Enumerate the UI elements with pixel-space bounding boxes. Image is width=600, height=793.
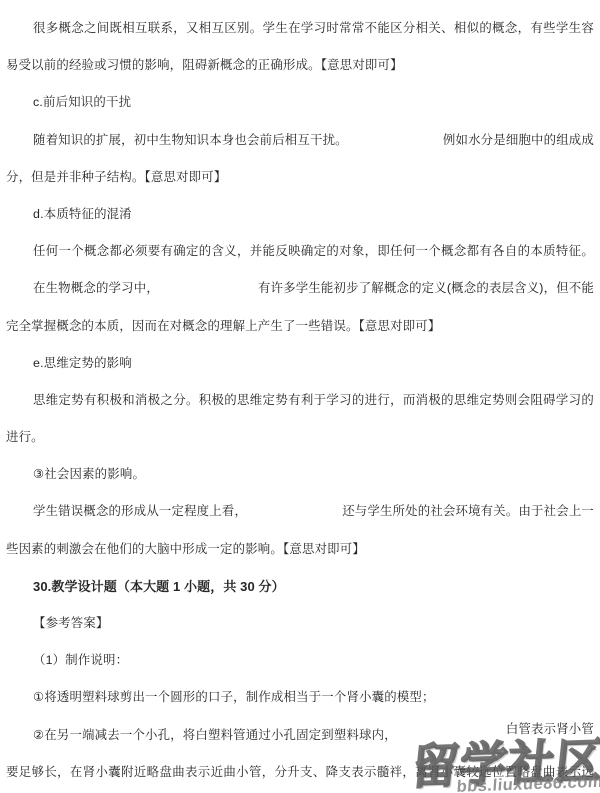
text-line: 在生物概念的学习中，有许多学生能初步了解概念的定义(概念的表层含义)，但不能 [6, 270, 594, 307]
document-body: 很多概念之间既相互联系，又相互区别。学生在学习时常常不能区分相关、相似的概念，有… [0, 10, 600, 791]
line-segment-tail: 还与学生所处的社会环境有关。由于社会上一 [342, 493, 594, 530]
line-segment: 随着知识的扩展，初中生物知识本身也会前后相互干扰。 [33, 122, 348, 159]
text-line: 进行。 [6, 419, 594, 456]
text-line: c.前后知识的干扰 [6, 84, 594, 121]
line-segment: ②在另一端减去一个小孔，将白塑料管通过小孔固定到塑料球内， [33, 717, 397, 754]
text-line: 完全掌握概念的本质，因而在对概念的理解上产生了一些错误。【意思对即可】 [6, 308, 594, 345]
text-line: 分，但是并非种子结构。【意思对即可】 [6, 159, 594, 196]
text-line: 任何一个概念都必须要有确定的含义，并能反映确定的对象，即任何一个概念都有各自的本… [6, 233, 594, 270]
text-line: 思维定势有积极和消极之分。积极的思维定势有利于学习的进行，而消极的思维定势则会阻… [6, 382, 594, 419]
text-line: 学生错误概念的形成从一定程度上看，还与学生所处的社会环境有关。由于社会上一 [6, 493, 594, 530]
line-segment-tail: 有许多学生能初步了解概念的定义(概念的表层含义)，但不能 [258, 270, 594, 307]
line-segment: 在生物概念的学习中， [33, 270, 159, 307]
text-line: e.思维定势的影响 [6, 345, 594, 382]
text-line: （1）制作说明： [6, 642, 594, 679]
text-line: 易受以前的经验或习惯的影响，阻碍新概念的正确形成。【意思对即可】 [6, 47, 594, 84]
line-segment: 学生错误概念的形成从一定程度上看， [33, 493, 247, 530]
text-line: ②在另一端减去一个小孔，将白塑料管通过小孔固定到塑料球内，白管表示肾小管 [6, 717, 594, 754]
text-line: d.本质特征的混淆 [6, 196, 594, 233]
text-line: 30.教学设计题（本大题 1 小题，共 30 分） [6, 568, 594, 605]
line-segment-tail: 白管表示肾小管 [506, 711, 594, 748]
text-line: 要足够长，在肾小囊附近略盘曲表示近曲小管，分升支、降支表示髓袢，离肾小囊较远位置… [6, 754, 594, 791]
line-segment-tail: 例如水分是细胞中的组成成 [443, 122, 594, 159]
text-line: 很多概念之间既相互联系，又相互区别。学生在学习时常常不能区分相关、相似的概念，有… [6, 10, 594, 47]
text-line: 【参考答案】 [6, 605, 594, 642]
text-line: 随着知识的扩展，初中生物知识本身也会前后相互干扰。例如水分是细胞中的组成成 [6, 122, 594, 159]
text-line: 些因素的刺激会在他们的大脑中形成一定的影响。【意思对即可】 [6, 531, 594, 568]
text-line: ③社会因素的影响。 [6, 456, 594, 493]
document-page: 很多概念之间既相互联系，又相互区别。学生在学习时常常不能区分相关、相似的概念，有… [0, 0, 600, 793]
